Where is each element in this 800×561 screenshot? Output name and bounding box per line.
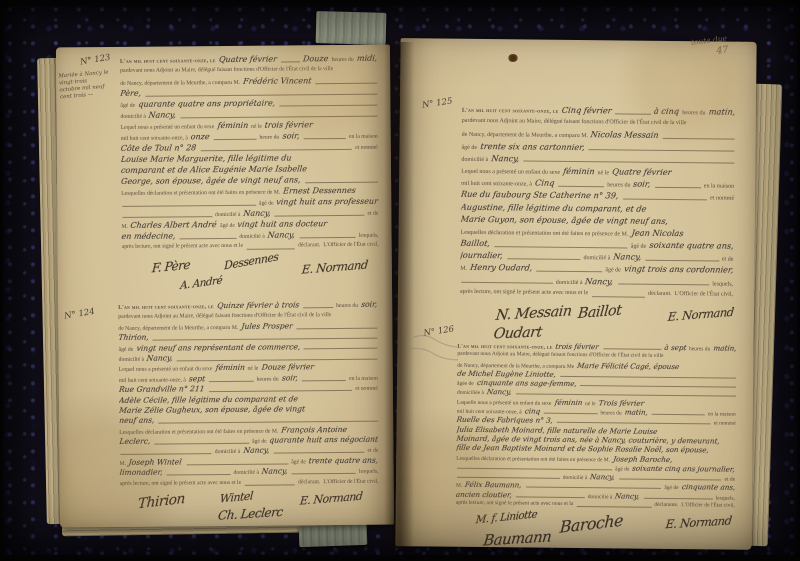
handwritten-text: matin, (708, 105, 736, 117)
handwritten-text: Joseph Baroche, (612, 454, 672, 464)
handwritten-text: Douze (303, 53, 330, 64)
printed-text: âgé de (615, 465, 629, 474)
handwritten-text: Leclerc, (119, 437, 151, 448)
rule-line (315, 81, 377, 84)
margin-note: Mariée à Nancy le vingt-troisoctobre mil… (58, 69, 118, 101)
rule-line (177, 358, 378, 362)
signature: Baillot (577, 302, 622, 322)
printed-text: après lecture, ont signé le présent acte… (460, 286, 588, 300)
printed-text: âgé de (220, 221, 235, 231)
printed-text: en la maison (708, 410, 736, 418)
handwritten-text: Cinq février (561, 104, 612, 117)
handwritten-text: Ernest Dessennes (283, 185, 357, 197)
record-number: N° 123 (79, 53, 111, 68)
handwritten-text: soixante quatre ans, (648, 239, 734, 252)
handwritten-text: Nancy, (243, 446, 270, 457)
printed-text: et de (724, 476, 735, 483)
printed-text: déclarant. (648, 288, 672, 300)
printed-text: domicilié à (215, 210, 241, 220)
handwritten-text: Trois février (598, 398, 644, 408)
handwritten-text: Cinq (534, 177, 555, 189)
handwritten-text: soixante cinq ans journalier, (632, 463, 736, 473)
civil-register-photo: N° 123 Mariée à Nancy le vingt-troisocto… (0, 0, 800, 561)
printed-text: de Nancy, département de la Meurthe, a c… (118, 323, 238, 333)
handwritten-text: onze (190, 131, 210, 142)
handwritten-text: Henry Oudard, (469, 261, 533, 274)
handwritten-text: Marie Guyon, son épouse, âgée de vingt n… (461, 212, 669, 226)
handwritten-text: matin, (713, 343, 737, 353)
handwritten-text: Marie Félicité Cagé, épouse (577, 361, 680, 371)
handwritten-text: Rue Grandville n° 211 (119, 384, 205, 395)
rule-line (200, 147, 352, 150)
printed-text: né le (251, 122, 262, 132)
rule-line (275, 213, 365, 216)
printed-text: L'Officier de l'État civil, (323, 240, 378, 251)
handwritten-text: à cinq (653, 105, 680, 117)
birth-record: L'an mil huit cent soixante-onze, leCinq… (459, 103, 737, 346)
printed-text: heures du (682, 107, 705, 118)
handwritten-text: Nicolas Messain (590, 129, 660, 142)
rule-line (580, 384, 736, 388)
handwritten-text: de Michel Eugène Liniotte, (457, 369, 556, 379)
printed-text: âgé de (291, 457, 306, 468)
rule-line (209, 379, 253, 381)
rule-line (273, 451, 364, 454)
handwritten-text: quarante huit ans négociant (269, 435, 379, 446)
handwritten-text: sept (188, 374, 205, 385)
signature: A. André (180, 274, 222, 292)
rule-line (303, 136, 346, 138)
handwritten-text: Nancy, (486, 388, 512, 398)
handwritten-text: Nancy, (243, 208, 272, 219)
printed-text: heure du (259, 133, 279, 143)
handwritten-text: neuf ans, (119, 416, 155, 427)
record-number: N° 125 (421, 96, 453, 110)
printed-text: domicilié à (215, 447, 241, 457)
rule-line (516, 495, 585, 498)
printed-text: et nommé (710, 193, 734, 203)
record-line: après lecture, ont signé le présent acte… (120, 476, 382, 489)
rule-line (158, 420, 378, 424)
signatures-block: N. MessainBaillotE. NormandOudart (459, 301, 735, 346)
handwritten-text: Marie Zélie Gugheux, son épouse, âgée de… (119, 404, 306, 416)
handwritten-text: Joseph Wintel (128, 457, 182, 468)
signature: Baumann (482, 528, 552, 550)
record-number: N° 124 (64, 307, 96, 322)
rule-line (247, 247, 295, 249)
handwritten-text: François Antoine (281, 425, 348, 436)
rule-line (120, 452, 211, 455)
rule-line (507, 257, 581, 260)
rule-line (615, 112, 651, 114)
signature: E. Normand (299, 490, 363, 508)
rule-line (122, 215, 212, 218)
handwritten-text: trente six ans cartonnier, (479, 140, 585, 153)
printed-text: après lecture, ont signé le présent acte… (122, 241, 244, 253)
signatures-block: F. PèreDessennesE. NormandA. André (122, 254, 382, 300)
printed-text: déclarante. (654, 501, 678, 511)
printed-text: domicilié à (119, 355, 145, 365)
handwritten-text: Côte de Toul n° 28 (121, 142, 197, 154)
record-line: après lecture, ont signé le présent acte… (460, 286, 736, 301)
printed-text: né le (597, 167, 609, 179)
printed-text: Lequel nous a présenté un enfant du sexe (119, 364, 213, 374)
handwritten-text: Quatre février (611, 165, 672, 178)
handwritten-text: journalier, (460, 249, 503, 262)
ink-blot (508, 54, 518, 62)
handwritten-text: Nancy, (615, 491, 641, 501)
signature: Dessennes (224, 250, 278, 272)
rule-line (279, 103, 377, 106)
printed-text: âgé de (119, 344, 134, 354)
printed-text: déclarant. (298, 477, 320, 488)
handwritten-text: ancien cloutier, (456, 490, 513, 500)
rule-line (623, 197, 708, 200)
signature: Ch. Leclerc (217, 505, 283, 523)
rule-line (305, 180, 378, 183)
handwritten-text: vingt trois ans cordonnier, (623, 263, 734, 276)
signature: Baroche (559, 511, 623, 537)
handwritten-text: vingt huit ans professeur (276, 196, 379, 208)
printed-text: pardevant nous Adjoint au Maire, délégué… (462, 115, 687, 130)
rule-line (618, 283, 710, 286)
rule-line (558, 185, 604, 187)
printed-text: mil huit cent soixante-onze, à (119, 375, 186, 385)
handwritten-text: trois février (555, 342, 600, 352)
rule-line (167, 473, 231, 476)
handwritten-text: Quatre février (218, 54, 277, 66)
handwritten-text: cinquante ans, (681, 483, 736, 493)
printed-text: lesquels, (712, 278, 733, 288)
bookmark-ribbon (299, 524, 368, 547)
printed-text: domicilié à (120, 112, 146, 121)
handwritten-text: Charles Albert André (130, 219, 217, 231)
rule-line (303, 306, 333, 308)
rule-line (560, 375, 736, 379)
rule-line (208, 389, 352, 392)
rule-line (655, 186, 701, 188)
signature: M. f. Liniotte (475, 509, 537, 527)
handwritten-text: Ruelle des Fabriques n° 3, (457, 415, 554, 425)
printed-text: et nommé (355, 384, 378, 395)
printed-text: L'Officier de l'État civil, (675, 288, 733, 301)
printed-text: après lecture, ont signé le présent acte… (120, 478, 242, 489)
rule-line (603, 347, 661, 350)
printed-text: en la maison (349, 373, 378, 384)
handwritten-text: Baillot, (460, 237, 490, 249)
left-page: N° 123 Mariée à Nancy le vingt-troisocto… (56, 45, 394, 528)
printed-text: domicilié à (583, 252, 610, 264)
rule-line (457, 466, 612, 470)
printed-text: âgé de (120, 101, 135, 110)
birth-record: L'an mil huit cent soixante-onze, leQuin… (118, 300, 382, 526)
handwritten-text: Père, (120, 88, 142, 99)
rule-line (544, 412, 597, 415)
handwritten-text: Nancy, (612, 251, 642, 263)
handwritten-text: en médecine, (122, 230, 177, 241)
signature: Oudart (493, 324, 543, 342)
signature: Thirion (138, 491, 186, 513)
printed-text: L'Officier de l'État civil, (323, 476, 378, 487)
rule-line (292, 472, 356, 475)
rule-line (214, 137, 257, 139)
printed-text: âgé de (664, 484, 678, 492)
printed-text: M. (121, 222, 128, 231)
handwritten-text: trente quatre ans, (308, 456, 379, 467)
handwritten-text: Nancy, (148, 109, 177, 120)
rule-line (180, 114, 377, 118)
birth-record: L'an mil huit cent soixante-onze, leQuat… (120, 53, 382, 300)
handwritten-text: soir, (360, 300, 377, 311)
rule-line (526, 486, 661, 489)
handwritten-text: midi, (356, 53, 378, 64)
handwritten-text: vingt neuf ans représentant de commerce, (136, 342, 301, 354)
printed-text: après lecture, ont signé le présent acte… (456, 499, 574, 510)
rule-line (281, 60, 301, 62)
handwritten-text: vingt huit ans docteur (237, 218, 328, 230)
printed-text: L'Officier de l'État civil, (681, 501, 735, 511)
record-line: L'an mil huit cent soixante-onze, leQuat… (120, 53, 380, 66)
rule-line (557, 421, 711, 425)
handwritten-text: Félix Baumann, (465, 480, 523, 490)
printed-text: pardevant nous Adjoint au Maire, délégué… (118, 310, 331, 322)
handwritten-text: Douze février (261, 363, 314, 374)
signatures-block: M. f. LiniotteBarocheE. NormandBaumann (455, 511, 737, 550)
signature: E. Normand (665, 514, 733, 532)
rule-line (644, 496, 713, 499)
rule-line (588, 148, 734, 152)
handwritten-text: féminin (217, 120, 249, 131)
rule-line (619, 477, 722, 480)
birth-record: L'an mil huit cent soixante-onze, letroi… (455, 341, 739, 550)
handwritten-text: Frédéric Vincent (242, 75, 312, 87)
rule-line (516, 393, 736, 397)
printed-text: et de (722, 254, 734, 264)
record-line: après lecture, ont signé le présent acte… (122, 240, 382, 253)
printed-text: Lesquelles déclaration et présentation o… (121, 188, 280, 198)
handwritten-text: Nancy, (261, 467, 288, 478)
printed-text: heures du (336, 301, 358, 312)
handwritten-text: Nancy, (585, 275, 615, 287)
rule-line (122, 203, 256, 206)
signature: N. Messain (495, 303, 572, 324)
rule-line (302, 379, 346, 381)
signatures-block: ThirionWintelE. NormandCh. Leclerc (120, 490, 382, 526)
printed-text: Lesquelles déclaration et présentation o… (119, 426, 278, 437)
rule-line (461, 281, 553, 284)
rule-line (645, 259, 719, 262)
handwritten-text: limonadier, (120, 468, 164, 479)
cloth-tab (316, 11, 387, 45)
handwritten-text: soir, (281, 373, 298, 384)
handwritten-text: matin, (624, 408, 648, 418)
rule-line (494, 245, 628, 248)
rule-line (304, 347, 378, 350)
printed-text: heures du (257, 374, 279, 385)
handwritten-text: Jean Nicolas (631, 226, 685, 239)
rule-line (186, 462, 288, 465)
signature: F. Père (151, 258, 190, 276)
signature: Wintel (219, 489, 253, 505)
printed-text: né le (247, 364, 258, 375)
printed-text: en la maison (704, 180, 734, 191)
handwritten-text: Nancy, (590, 472, 616, 482)
rule-line (536, 270, 602, 273)
rule-line (180, 236, 237, 238)
handwritten-text: Quinze février à trois (216, 300, 299, 311)
rule-line (592, 295, 645, 298)
handwritten-text: féminin (562, 165, 595, 178)
rule-line (652, 413, 705, 416)
rule-line (297, 326, 378, 329)
handwritten-text: cinq (524, 407, 541, 416)
rule-line (153, 337, 378, 341)
rule-line (457, 476, 560, 479)
record-line: après lecture, ont signé le présent acte… (456, 499, 738, 511)
handwritten-text: Rue du faubourg Ste Catherine n° 39, (461, 188, 619, 202)
handwritten-text: Nancy, (146, 353, 173, 364)
handwritten-text: trois février (264, 119, 313, 130)
handwritten-text: soir, (282, 130, 300, 141)
handwritten-text: Thirion, (118, 333, 149, 344)
handwritten-text: George, son épouse, âgée de vingt neuf a… (121, 174, 301, 187)
rule-line (523, 160, 734, 164)
handwritten-text: quarante quatre ans propriétaire, (137, 98, 275, 110)
handwritten-text: féminin (215, 363, 245, 374)
rule-line (154, 442, 249, 445)
handwritten-text: Nancy, (267, 229, 296, 240)
rule-line (145, 92, 377, 96)
handwritten-text: féminin (554, 398, 583, 408)
signature: E. Normand (301, 257, 368, 276)
rule-line (245, 483, 295, 485)
rule-line (577, 505, 651, 508)
rule-line (299, 235, 356, 237)
printed-text: domicilié à (239, 232, 265, 242)
handwritten-text: Jules Prosper (241, 321, 294, 332)
printed-text: de Nancy, département de la Meurthe, a c… (120, 78, 240, 88)
rule-line (663, 137, 735, 140)
printed-text: et nommé (714, 420, 736, 428)
right-page: N° 125 N° 126 L'an mil huit cent soixant… (395, 38, 756, 550)
signature: E. Normand (667, 305, 734, 324)
handwritten-text: soir, (633, 178, 652, 190)
printed-text: déclarant. (298, 240, 320, 251)
handwritten-text: à sept (663, 343, 686, 353)
printed-text: M. (120, 459, 127, 468)
handwritten-text: Nancy, (490, 152, 520, 164)
printed-text: heures du (689, 345, 710, 353)
